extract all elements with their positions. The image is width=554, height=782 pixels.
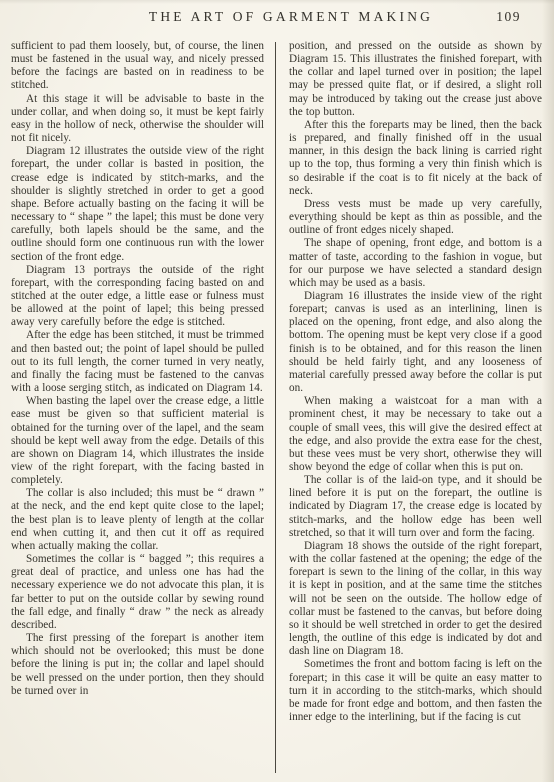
page-number: 109 <box>496 9 521 25</box>
paragraph: The collar is also included; this must b… <box>11 487 264 553</box>
paragraph: position, and pressed on the outside as … <box>289 40 542 119</box>
paragraph: After the edge has been stitched, it mus… <box>11 329 264 395</box>
paragraph: The collar is of the laid-on type, and i… <box>289 474 542 540</box>
text-column-right: position, and pressed on the outside as … <box>289 40 542 778</box>
text-block: sufficient to pad them loosely, but, of … <box>0 38 554 778</box>
paragraph: Diagram 18 shows the outside of the righ… <box>289 540 542 658</box>
column-divider <box>275 42 276 773</box>
paragraph: After this the foreparts may be lined, t… <box>289 119 542 198</box>
paragraph: Sometimes the front and bottom facing is… <box>289 658 542 724</box>
paragraph: Sometimes the collar is “ bagged ”; this… <box>11 553 264 632</box>
paragraph: Dress vests must be made up very careful… <box>289 198 542 237</box>
paragraph: Diagram 12 illustrates the outside view … <box>11 145 264 263</box>
paragraph: Diagram 13 portrays the outside of the r… <box>11 264 264 330</box>
paragraph: When basting the lapel over the crease e… <box>11 395 264 487</box>
paragraph: The shape of opening, front edge, and bo… <box>289 237 542 290</box>
paragraph: When making a waistcoat for a man with a… <box>289 395 542 474</box>
paragraph: At this stage it will be advisable to ba… <box>11 93 264 146</box>
text-column-left: sufficient to pad them loosely, but, of … <box>11 40 264 778</box>
paragraph: The first pressing of the forepart is an… <box>11 632 264 698</box>
page-header: THE ART OF GARMENT MAKING 109 <box>0 0 554 38</box>
paragraph: sufficient to pad them loosely, but, of … <box>11 40 264 93</box>
book-page: THE ART OF GARMENT MAKING 109 sufficient… <box>0 0 554 782</box>
paragraph: Diagram 16 illustrates the inside view o… <box>289 290 542 395</box>
running-title: THE ART OF GARMENT MAKING <box>149 9 433 25</box>
